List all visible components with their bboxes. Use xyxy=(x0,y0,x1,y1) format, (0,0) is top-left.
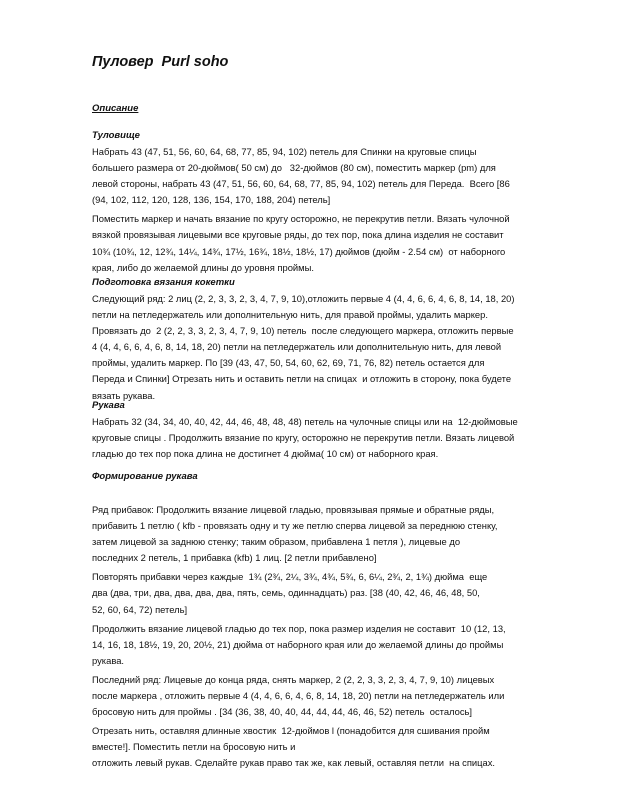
text-line: Набрать 43 (47, 51, 56, 60, 64, 68, 77, … xyxy=(92,144,544,160)
section-heading: Рукава xyxy=(92,398,544,414)
document-title: Пуловер Purl soho xyxy=(92,54,228,70)
description-heading: Описание xyxy=(92,103,138,114)
text-line: 52, 60, 64, 72) петель] xyxy=(92,602,544,618)
text-line: круговые спицы . Продолжить вязание по к… xyxy=(92,430,544,446)
paragraph: Повторять прибавки через каждые 1¾ (2¾, … xyxy=(92,569,544,617)
text-line: Поместить маркер и начать вязание по кру… xyxy=(92,211,544,227)
text-line: (94, 102, 112, 120, 128, 136, 154, 170, … xyxy=(92,192,544,208)
text-line: вязкой провязывая лицевыми все круговые … xyxy=(92,227,544,243)
text-line: Отрезать нить, оставляя длинные хвостик … xyxy=(92,723,544,739)
text-line: 10¾ (10¾, 12, 12¾, 14¼, 14¾, 17½, 16¾, 1… xyxy=(92,244,544,260)
section-yoke-prep: Подготовка вязания кокетки Следующий ряд… xyxy=(92,275,544,407)
section-body: Туловище Набрать 43 (47, 51, 56, 60, 64,… xyxy=(92,128,544,279)
text-line: после маркера , отложить первые 4 (4, 4,… xyxy=(92,688,544,704)
text-line: Переда и Спинки] Отрезать нить и оставит… xyxy=(92,371,544,387)
text-line: последних 2 петель, 1 прибавка (kfb) 1 л… xyxy=(92,550,544,566)
section-heading: Туловище xyxy=(92,128,544,144)
text-line: рукава. xyxy=(92,653,544,669)
section-heading: Формирование рукава xyxy=(92,469,544,485)
paragraph: Отрезать нить, оставляя длинные хвостик … xyxy=(92,723,544,771)
text-line: 4 (4, 4, 6, 6, 4, 6, 8, 14, 18, 20) петл… xyxy=(92,339,544,355)
text-line: края, либо до желаемой длины до уровня п… xyxy=(92,260,544,276)
text-line: два (два, три, два, два, два, два, пять,… xyxy=(92,585,544,601)
text-line: затем лицевой за заднюю стенку; таким об… xyxy=(92,534,544,550)
paragraph: Следующий ряд: 2 лиц (2, 2, 3, 3, 2, 3, … xyxy=(92,291,544,404)
text-line: Ряд прибавок: Продолжить вязание лицевой… xyxy=(92,502,544,518)
paragraph: Поместить маркер и начать вязание по кру… xyxy=(92,211,544,275)
text-line: гладью до тех пор пока длина не достигне… xyxy=(92,446,544,462)
text-line: прибавить 1 петлю ( kfb - провязать одну… xyxy=(92,518,544,534)
text-line: Набрать 32 (34, 34, 40, 40, 42, 44, 46, … xyxy=(92,414,544,430)
text-line: левой стороны, набрать 43 (47, 51, 56, 6… xyxy=(92,176,544,192)
paragraph: Набрать 32 (34, 34, 40, 40, 42, 44, 46, … xyxy=(92,414,544,462)
paragraph: Ряд прибавок: Продолжить вязание лицевой… xyxy=(92,502,544,566)
text-line: вместе!]. Поместить петли на бросовую ни… xyxy=(92,739,544,755)
text-line: Провязать до 2 (2, 2, 3, 3, 2, 3, 4, 7, … xyxy=(92,323,544,339)
section-sleeves: Рукава Набрать 32 (34, 34, 40, 40, 42, 4… xyxy=(92,398,544,465)
text-line: Последний ряд: Лицевые до конца ряда, сн… xyxy=(92,672,544,688)
text-line: 14, 16, 18, 18½, 19, 20, 20½, 21) дюйма … xyxy=(92,637,544,653)
text-line: бросовую нить для проймы . [34 (36, 38, … xyxy=(92,704,544,720)
text-line: большего размера от 20-дюймов( 50 см) до… xyxy=(92,160,544,176)
text-line: Повторять прибавки через каждые 1¾ (2¾, … xyxy=(92,569,544,585)
text-line: проймы, удалить маркер. По [39 (43, 47, … xyxy=(92,355,544,371)
text-line: Следующий ряд: 2 лиц (2, 2, 3, 3, 2, 3, … xyxy=(92,291,544,307)
section-heading: Подготовка вязания кокетки xyxy=(92,275,544,291)
paragraph: Набрать 43 (47, 51, 56, 60, 64, 68, 77, … xyxy=(92,144,544,208)
paragraph: Продолжить вязание лицевой гладью до тех… xyxy=(92,621,544,669)
text-line: петли на петледержатель или дополнительн… xyxy=(92,307,544,323)
text-line: отложить левый рукав. Сделайте рукав пра… xyxy=(92,755,544,771)
section-sleeve-shaping: Формирование рукава Ряд прибавок: Продол… xyxy=(92,469,544,775)
text-line: Продолжить вязание лицевой гладью до тех… xyxy=(92,621,544,637)
paragraph: Последний ряд: Лицевые до конца ряда, сн… xyxy=(92,672,544,720)
